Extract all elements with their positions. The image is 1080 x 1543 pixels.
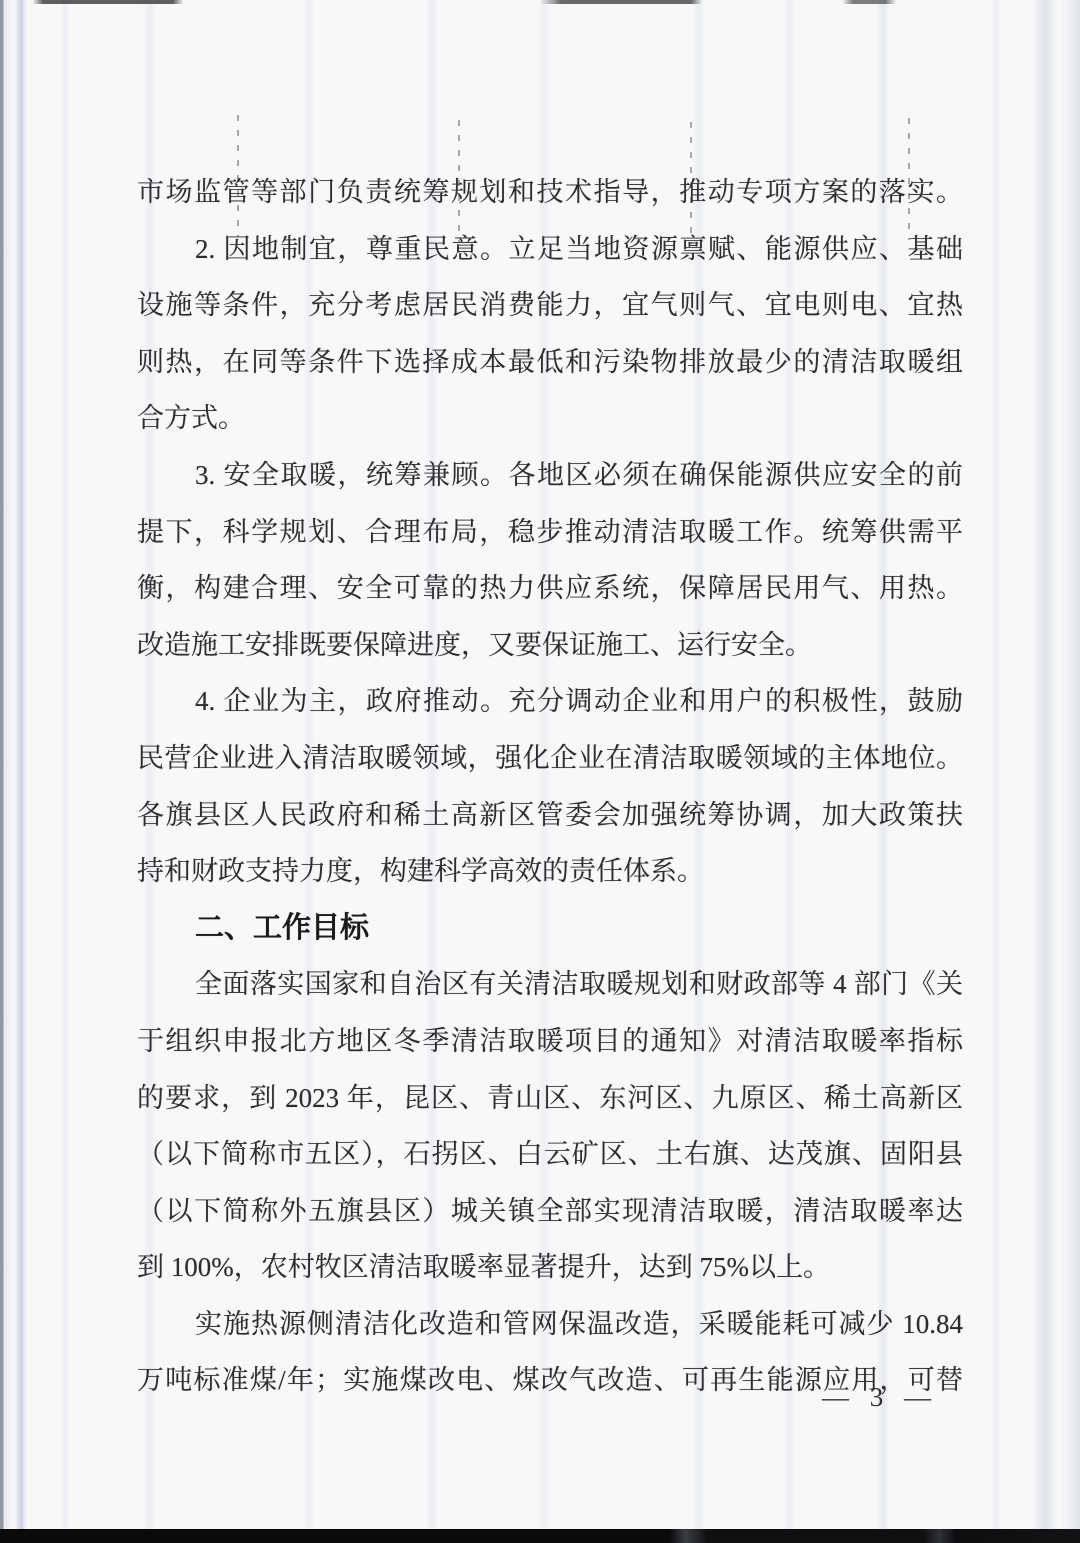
document-line: 改造施工安排既要保障进度，又要保证施工、运行安全。: [137, 617, 963, 674]
document-line: 全面落实国家和自治区有关清洁取暖规划和财政部等 4 部门《关: [137, 956, 963, 1013]
document-line: 到 100%，农村牧区清洁取暖率显著提升，达到 75%以上。: [137, 1239, 963, 1296]
document-line: 于组织申报北方地区冬季清洁取暖项目的通知》对清洁取暖率指标: [137, 1013, 963, 1070]
document-line: 则热，在同等条件下选择成本最低和污染物排放最少的清洁取暖组: [137, 334, 963, 391]
document-line: 的要求，到 2023 年，昆区、青山区、东河区、九原区、稀土高新区: [137, 1070, 963, 1127]
scan-bottom-band: [0, 1529, 1080, 1543]
document-line: 实施热源侧清洁化改造和管网保温改造，采暖能耗可减少 10.84: [137, 1296, 963, 1353]
document-line: 衡，构建合理、安全可靠的热力供应系统，保障居民用气、用热。: [137, 560, 963, 617]
page-number: — 3 —: [822, 1382, 938, 1413]
scan-right-edge-artifact: [1058, 0, 1080, 1543]
document-line: 市场监管等部门负责统筹规划和技术指导，推动专项方案的落实。: [137, 164, 963, 221]
document-body: 市场监管等部门负责统筹规划和技术指导，推动专项方案的落实。 2. 因地制宜，尊重…: [137, 164, 963, 1409]
document-line: 3. 安全取暖，统筹兼顾。各地区必须在确保能源供应安全的前: [137, 447, 963, 504]
document-page: 市场监管等部门负责统筹规划和技术指导，推动专项方案的落实。 2. 因地制宜，尊重…: [0, 0, 1080, 1543]
document-line: 提下，科学规划、合理布局，稳步推动清洁取暖工作。统筹供需平: [137, 504, 963, 561]
document-line: 合方式。: [137, 390, 963, 447]
scan-left-edge-artifact: [0, 0, 26, 1543]
document-line: 2. 因地制宜，尊重民意。立足当地资源禀赋、能源供应、基础: [137, 221, 963, 278]
document-line: 设施等条件，充分考虑居民消费能力，宜气则气、宜电则电、宜热: [137, 277, 963, 334]
document-line: 各旗县区人民政府和稀土高新区管委会加强统筹协调，加大政策扶: [137, 787, 963, 844]
document-line: 持和财政支持力度，构建科学高效的责任体系。: [137, 843, 963, 900]
document-line: 民营企业进入清洁取暖领域，强化企业在清洁取暖领域的主体地位。: [137, 730, 963, 787]
document-line: （以下简称外五旗县区）城关镇全部实现清洁取暖，清洁取暖率达: [137, 1183, 963, 1240]
document-line: 4. 企业为主，政府推动。充分调动企业和用户的积极性，鼓励: [137, 673, 963, 730]
document-line: （以下简称市五区），石拐区、白云矿区、土右旗、达茂旗、固阳县: [137, 1126, 963, 1183]
section-heading-work-goals: 二、工作目标: [137, 900, 963, 957]
scan-top-edge-artifact: [0, 0, 1080, 4]
